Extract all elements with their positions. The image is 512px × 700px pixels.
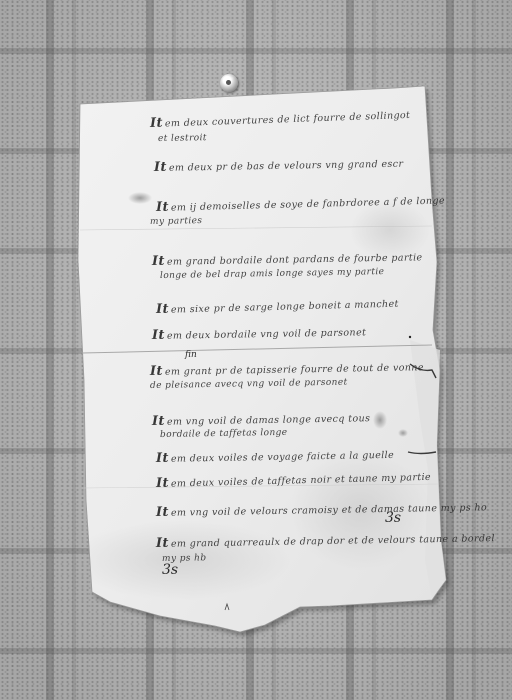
entry-line: Item sixe pr de sarge longe boneit a man…	[156, 296, 399, 317]
item-mark: It	[152, 414, 165, 429]
marginal-sum: 3s	[385, 510, 401, 526]
entry-line: Item ij demoiselles de soye de fanbrdore…	[156, 192, 445, 215]
item-mark: It	[156, 476, 169, 491]
entry-line: Item deux pr de bas de velours vng grand…	[154, 156, 404, 175]
entry-line: Item grand bordaile dont pardans de four…	[152, 249, 423, 269]
item-mark: It	[156, 505, 169, 520]
item-mark: It	[150, 116, 163, 131]
entry-line: Item deux voiles de voyage faicte a la g…	[156, 447, 394, 466]
item-mark: It	[152, 328, 165, 343]
item-mark: It	[156, 451, 169, 466]
item-mark: It	[152, 254, 165, 269]
entry-line: Item deux couvertures de lict fourre de …	[150, 107, 411, 131]
entry-line: Item vng voil de damas longe avecq tous	[152, 410, 371, 429]
entry-line: bordaile de taffetas longe	[160, 428, 288, 440]
entry-line: de pleisance avecq vng voil de parsonet	[150, 378, 348, 391]
item-mark: It	[156, 200, 169, 215]
item-mark: It	[156, 302, 169, 317]
entry-line: longe de bel drap amis longe sayes my pa…	[160, 267, 385, 281]
entry-line: my parties	[150, 216, 203, 227]
item-mark: It	[154, 160, 167, 175]
entry-line: Item grant pr de tapisserie fourre de to…	[150, 359, 424, 379]
marginal-sum: 3s	[162, 562, 178, 578]
item-mark: It	[156, 536, 169, 551]
entry-line: Item vng voil de velours cramoisy et de …	[156, 499, 487, 520]
entry-line: Item deux bordaile vng voil de parsonet	[152, 324, 367, 343]
manuscript-text: Item deux couvertures de lict fourre de …	[0, 0, 512, 700]
entry-line: Item deux voiles de taffetas noir et tau…	[156, 469, 431, 491]
entry-line: Item grand quarreaulx de drap dor et de …	[156, 530, 495, 551]
entry-line: et lestroit	[158, 133, 207, 144]
item-mark: It	[150, 364, 163, 379]
superscript-correction: fin	[185, 350, 197, 360]
